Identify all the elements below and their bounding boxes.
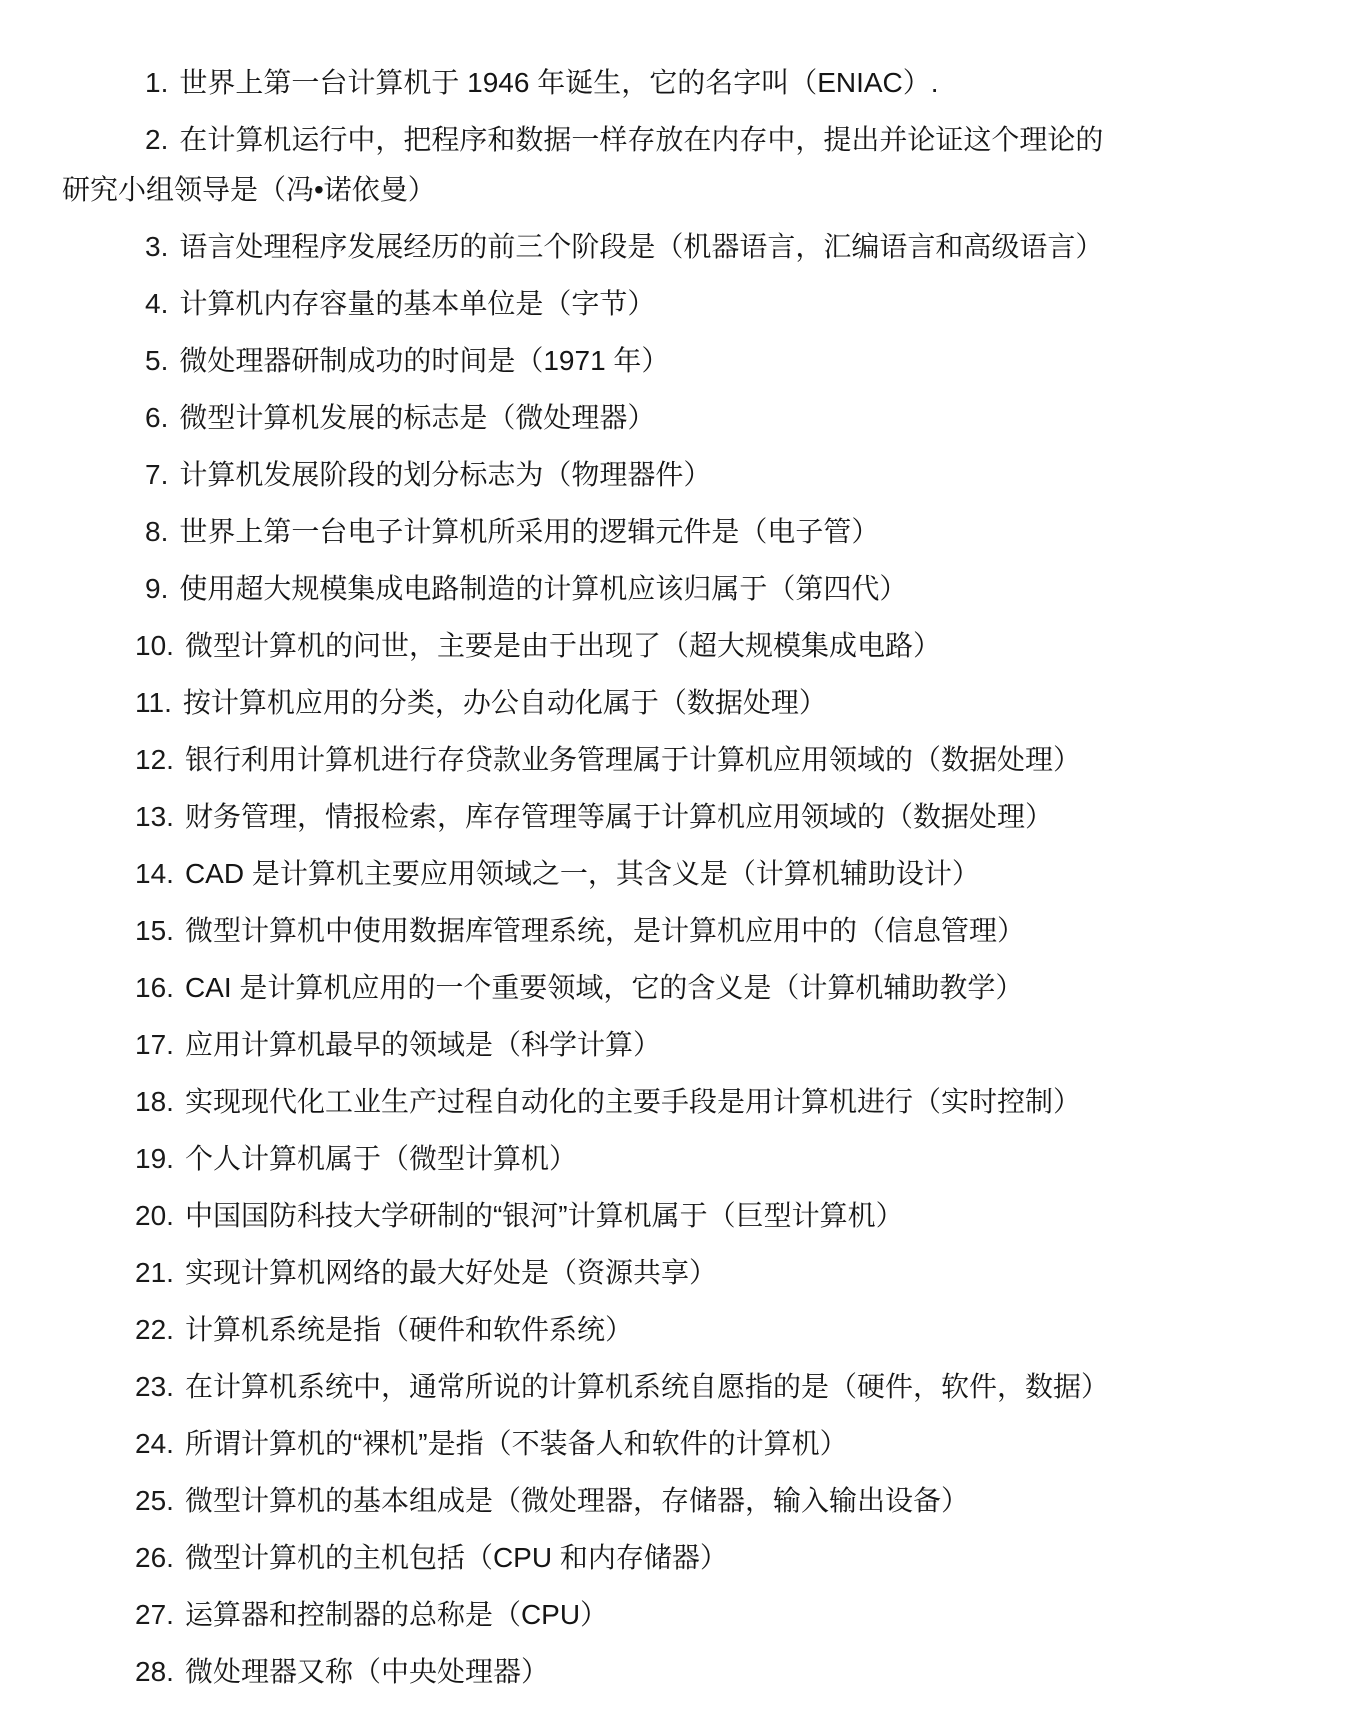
list-item: 28.微处理器又称（中央处理器） xyxy=(62,1647,1232,1697)
item-number: 19. xyxy=(135,1143,174,1174)
list-item: 11.按计算机应用的分类，办公自动化属于（数据处理） xyxy=(62,678,1232,728)
list-item: 20.中国国防科技大学研制的“银河”计算机属于（巨型计算机） xyxy=(62,1191,1232,1241)
item-text: 银行利用计算机进行存贷款业务管理属于计算机应用领域的（数据处理） xyxy=(185,744,1081,775)
item-text: 微型计算机发展的标志是（微处理器） xyxy=(179,402,655,433)
list-item: 3.语言处理程序发展经历的前三个阶段是（机器语言，汇编语言和高级语言） xyxy=(62,222,1232,272)
item-text: 中国国防科技大学研制的“银河”计算机属于（巨型计算机） xyxy=(185,1200,904,1231)
list-item: 22.计算机系统是指（硬件和软件系统） xyxy=(62,1305,1232,1355)
item-number: 1. xyxy=(145,67,168,98)
item-number: 9. xyxy=(145,573,168,604)
item-number: 22. xyxy=(135,1314,174,1345)
item-text: 微型计算机的基本组成是（微处理器，存储器，输入输出设备） xyxy=(185,1485,969,1516)
item-text: 微型计算机的问世，主要是由于出现了（超大规模集成电路） xyxy=(185,630,941,661)
item-number: 25. xyxy=(135,1485,174,1516)
list-item: 5.微处理器研制成功的时间是（1971 年） xyxy=(62,336,1232,386)
item-text: 计算机内存容量的基本单位是（字节） xyxy=(179,288,655,319)
list-item: 12.银行利用计算机进行存贷款业务管理属于计算机应用领域的（数据处理） xyxy=(62,735,1232,785)
item-text: 应用计算机最早的领域是（科学计算） xyxy=(185,1029,661,1060)
item-number: 11. xyxy=(135,687,172,718)
item-number: 4. xyxy=(145,288,168,319)
item-text: 实现计算机网络的最大好处是（资源共享） xyxy=(185,1257,717,1288)
item-text: 实现现代化工业生产过程自动化的主要手段是用计算机进行（实时控制） xyxy=(185,1086,1081,1117)
item-text: 计算机发展阶段的划分标志为（物理器件） xyxy=(179,459,711,490)
item-number: 14. xyxy=(135,858,174,889)
item-text: 财务管理，情报检索，库存管理等属于计算机应用领域的（数据处理） xyxy=(185,801,1053,832)
item-text: 使用超大规模集成电路制造的计算机应该归属于（第四代） xyxy=(179,573,907,604)
item-text: 个人计算机属于（微型计算机） xyxy=(185,1143,577,1174)
list-item: 10.微型计算机的问世，主要是由于出现了（超大规模集成电路） xyxy=(62,621,1232,671)
item-text: 语言处理程序发展经历的前三个阶段是（机器语言，汇编语言和高级语言） xyxy=(179,231,1103,262)
item-number: 8. xyxy=(145,516,168,547)
list-item: 23.在计算机系统中，通常所说的计算机系统自愿指的是（硬件，软件，数据） xyxy=(62,1362,1232,1412)
document-page: 1.世界上第一台计算机于 1946 年诞生，它的名字叫（ENIAC）. 2.在计… xyxy=(0,0,1361,1730)
list-item: 7.计算机发展阶段的划分标志为（物理器件） xyxy=(62,450,1232,500)
list-item: 18.实现现代化工业生产过程自动化的主要手段是用计算机进行（实时控制） xyxy=(62,1077,1232,1127)
item-number: 21. xyxy=(135,1257,174,1288)
item-number: 20. xyxy=(135,1200,174,1231)
item-text: 微型计算机中使用数据库管理系统，是计算机应用中的（信息管理） xyxy=(185,915,1025,946)
item-number: 7. xyxy=(145,459,168,490)
item-text: 世界上第一台计算机于 1946 年诞生，它的名字叫（ENIAC）. xyxy=(179,67,938,98)
list-item: 26.微型计算机的主机包括（CPU 和内存储器） xyxy=(62,1533,1232,1583)
list-item: 21.实现计算机网络的最大好处是（资源共享） xyxy=(62,1248,1232,1298)
item-number: 13. xyxy=(135,801,174,832)
list-item: 6.微型计算机发展的标志是（微处理器） xyxy=(62,393,1232,443)
list-item: 4.计算机内存容量的基本单位是（字节） xyxy=(62,279,1232,329)
item-text: 所谓计算机的“裸机”是指（不装备人和软件的计算机） xyxy=(185,1428,848,1459)
item-text: 微处理器又称（中央处理器） xyxy=(185,1656,549,1687)
item-text: 在计算机系统中，通常所说的计算机系统自愿指的是（硬件，软件，数据） xyxy=(185,1371,1109,1402)
question-answer-list: 1.世界上第一台计算机于 1946 年诞生，它的名字叫（ENIAC）. 2.在计… xyxy=(62,58,1232,1697)
item-number: 26. xyxy=(135,1542,174,1573)
list-item: 17.应用计算机最早的领域是（科学计算） xyxy=(62,1020,1232,1070)
item-text: 微型计算机的主机包括（CPU 和内存储器） xyxy=(185,1542,728,1573)
list-item: 24.所谓计算机的“裸机”是指（不装备人和软件的计算机） xyxy=(62,1419,1232,1469)
list-item: 19.个人计算机属于（微型计算机） xyxy=(62,1134,1232,1184)
item-text: CAI 是计算机应用的一个重要领域，它的含义是（计算机辅助教学） xyxy=(185,972,1023,1003)
item-number: 15. xyxy=(135,915,174,946)
item-number: 16. xyxy=(135,972,174,1003)
item-text: 微处理器研制成功的时间是（1971 年） xyxy=(179,345,669,376)
item-number: 28. xyxy=(135,1656,174,1687)
item-text: 按计算机应用的分类，办公自动化属于（数据处理） xyxy=(183,687,827,718)
item-text: CAD 是计算机主要应用领域之一，其含义是（计算机辅助设计） xyxy=(185,858,980,889)
list-item: 14.CAD 是计算机主要应用领域之一，其含义是（计算机辅助设计） xyxy=(62,849,1232,899)
item-number: 5. xyxy=(145,345,168,376)
item-number: 18. xyxy=(135,1086,174,1117)
list-item: 16.CAI 是计算机应用的一个重要领域，它的含义是（计算机辅助教学） xyxy=(62,963,1232,1013)
item-number: 3. xyxy=(145,231,168,262)
item-number: 24. xyxy=(135,1428,174,1459)
list-item: 25.微型计算机的基本组成是（微处理器，存储器，输入输出设备） xyxy=(62,1476,1232,1526)
item-text: 计算机系统是指（硬件和软件系统） xyxy=(185,1314,633,1345)
item-number: 10. xyxy=(135,630,174,661)
list-item: 13.财务管理，情报检索，库存管理等属于计算机应用领域的（数据处理） xyxy=(62,792,1232,842)
list-item: 8.世界上第一台电子计算机所采用的逻辑元件是（电子管） xyxy=(62,507,1232,557)
item-text: 世界上第一台电子计算机所采用的逻辑元件是（电子管） xyxy=(179,516,879,547)
item-number: 23. xyxy=(135,1371,174,1402)
list-item: 27.运算器和控制器的总称是（CPU） xyxy=(62,1590,1232,1640)
list-item: 1.世界上第一台计算机于 1946 年诞生，它的名字叫（ENIAC）. xyxy=(62,58,1232,108)
item-number: 2. xyxy=(145,124,168,155)
item-text: 运算器和控制器的总称是（CPU） xyxy=(185,1599,608,1630)
item-number: 12. xyxy=(135,744,174,775)
list-item: 9.使用超大规模集成电路制造的计算机应该归属于（第四代） xyxy=(62,564,1232,614)
list-item: 2.在计算机运行中，把程序和数据一样存放在内存中，提出并论证这个理论的 研究小组… xyxy=(62,115,1232,215)
list-item: 15.微型计算机中使用数据库管理系统，是计算机应用中的（信息管理） xyxy=(62,906,1232,956)
item-number: 17. xyxy=(135,1029,174,1060)
item-number: 6. xyxy=(145,402,168,433)
item-text: 在计算机运行中，把程序和数据一样存放在内存中，提出并论证这个理论的 研究小组领导… xyxy=(62,124,1103,205)
item-number: 27. xyxy=(135,1599,174,1630)
